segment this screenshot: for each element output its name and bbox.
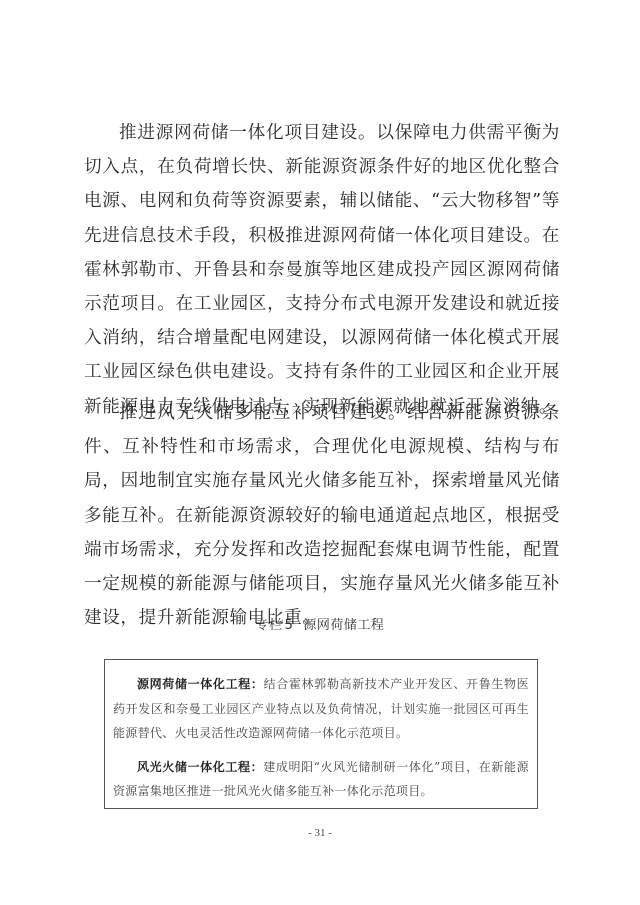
column-title: 源网荷储工程	[303, 618, 384, 633]
column-item: 源网荷储一体化工程：结合霍林郭勒高新技术产业开发区、开鲁生物医药开发区和奈曼工业…	[113, 672, 529, 746]
column-heading: 专栏5源网荷储工程	[0, 614, 640, 633]
column-item: 风光火储一体化工程：建成明阳“火风光储制研一体化”项目，在新能源资源富集地区推进…	[113, 755, 529, 804]
column-item-lead: 源网荷储一体化工程：	[137, 677, 264, 691]
document-page: 推进源网荷储一体化项目建设。以保障电力供需平衡为切入点，在负荷增长快、新能源资源…	[0, 0, 640, 905]
column-label: 专栏	[256, 618, 283, 633]
body-paragraph-wind-solar-thermal-storage: 推进风光火储多能互补项目建设。结合新能源资源条件、互补特性和市场需求，合理优化电…	[84, 396, 560, 635]
column-box: 源网荷储一体化工程：结合霍林郭勒高新技术产业开发区、开鲁生物医药开发区和奈曼工业…	[104, 659, 538, 809]
page-number: - 31 -	[0, 827, 640, 839]
column-number: 5	[285, 618, 294, 633]
column-item-lead: 风光火储一体化工程：	[137, 760, 263, 774]
body-paragraph-source-grid-load-storage: 推进源网荷储一体化项目建设。以保障电力供需平衡为切入点，在负荷增长快、新能源资源…	[84, 116, 560, 424]
